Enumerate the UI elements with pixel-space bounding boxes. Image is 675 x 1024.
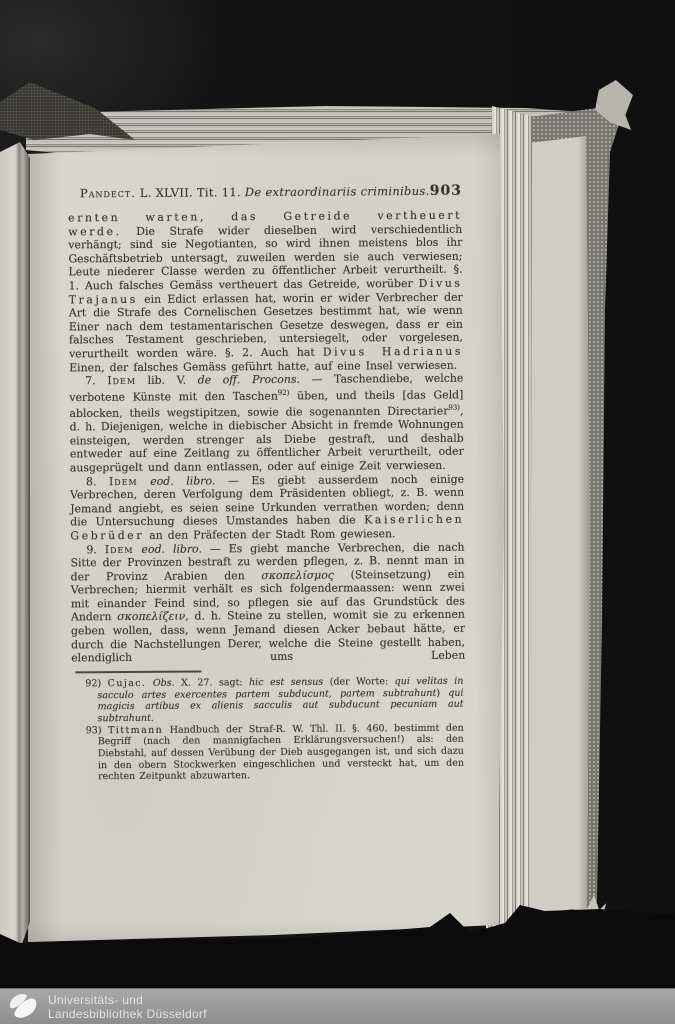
page-header: Pandect. L. XLVII. Tit. 11. De extraordi… [68,183,466,202]
footnotes: 92) Cujac. Obs. X. 27. sagt: hic est sen… [71,675,464,783]
text-run: Pandect. [80,186,136,200]
paragraph: 9. Idem eod. libro. — Es giebt manche Ve… [70,540,465,665]
text-run: 7. [85,374,107,387]
text-run: Idem [105,542,134,555]
text-run: (der Worte: [323,676,394,687]
text-run: Obs. [153,678,175,689]
text-run: de off. Procons. [198,373,300,387]
text-run: σκοπελίζειν [117,610,185,623]
text-run: L. XLVII. Tit. 11. [136,185,245,200]
text-run: 8. [86,475,109,488]
page-number: 903 [430,183,462,199]
text-run: an den Präfecten der Stadt Rom gewiesen. [144,527,395,542]
text-run: Cujac. [108,678,147,689]
text-run: eod. libro. [134,542,202,555]
scanned-book-page-photo: Pandect. L. XLVII. Tit. 11. De extraordi… [0,0,675,1024]
footnote-separator-rule [75,670,201,673]
text-run: 92) [85,678,107,689]
text-run: Idem [107,374,136,387]
text-run: 9. [86,543,104,556]
running-title: Pandect. L. XLVII. Tit. 11. De extraordi… [80,184,430,200]
paragraph: 8. Idem eod. libro. — Es giebt ausserdem… [70,472,464,543]
library-watermark-band: Universitäts- und Landesbibliothek Düsse… [0,988,675,1024]
library-name-line1: Universitäts- und [48,993,207,1007]
text-run: ) [436,687,448,698]
page-body-text: ernten warten, das Getreide vertheuert w… [68,209,465,666]
text-run: X. 27. sagt: [175,677,249,689]
text-run: 93) [86,725,108,736]
paragraph: 7. Idem lib. V. de off. Procons. — Tasch… [69,372,464,475]
text-run: Divus Hadrianus [323,345,463,359]
text-run: De extraordinariis criminibus. [245,184,430,199]
footnote: 93) Tittmann Handbuch der Straf-R. W. Th… [86,722,464,783]
text-run: 92) [278,389,290,397]
text-run: Die Strafe wider dieselben wird verschie… [68,222,462,292]
text-run: eod. libro. [138,474,216,488]
library-name-line2: Landesbibliothek Düsseldorf [48,1007,207,1021]
text-run: σκοπελίσμος [261,568,334,582]
text-run: 93) [448,404,460,412]
ulb-duesseldorf-cube-logo-icon [6,990,40,1024]
page-content: Pandect. L. XLVII. Tit. 11. De extraordi… [68,183,470,784]
book-page: Pandect. L. XLVII. Tit. 11. De extraordi… [24,126,506,946]
text-run: hic est sensus [249,676,323,688]
footnote: 92) Cujac. Obs. X. 27. sagt: hic est sen… [85,675,463,724]
paragraph: ernten warten, das Getreide vertheuert w… [68,209,463,375]
text-run: Idem [109,474,138,487]
text-run: lib. V. [136,374,198,387]
text-run: Tittmann [108,724,163,735]
left-page-sliver [0,142,30,944]
library-name: Universitäts- und Landesbibliothek Düsse… [48,993,207,1021]
